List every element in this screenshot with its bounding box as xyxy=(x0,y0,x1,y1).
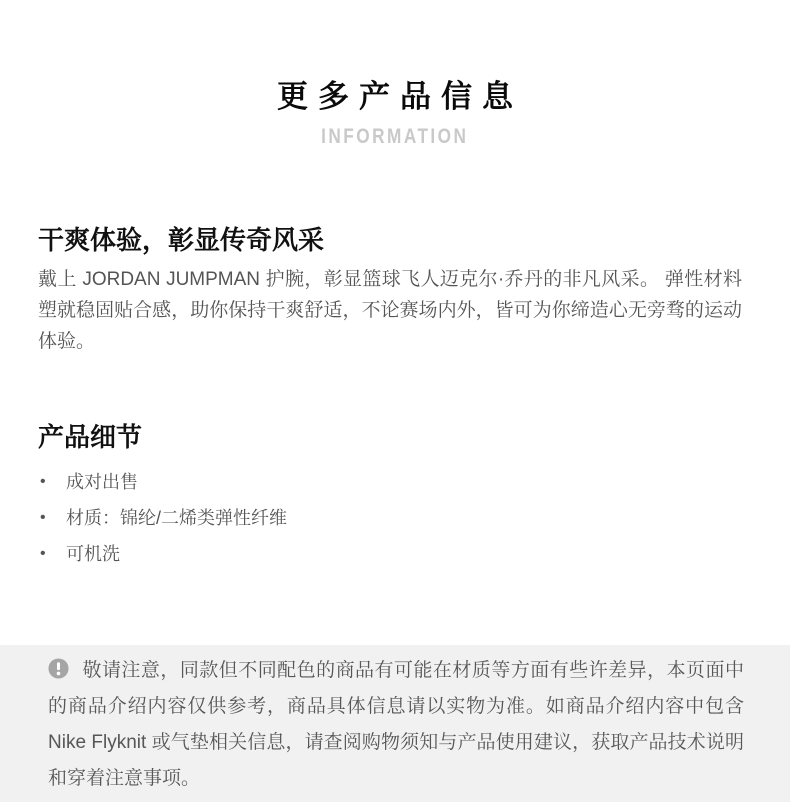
alert-icon xyxy=(48,658,69,679)
page-subtitle: INFORMATION xyxy=(321,126,468,148)
detail-item-material: 材质：锦纶/二烯类弹性纤维 xyxy=(38,505,742,531)
notice-paragraph: 敬请注意，同款但不同配色的商品有可能在材质等方面有些许差异，本页面中的商品介绍内… xyxy=(48,653,744,797)
detail-item-machine-washable: 可机洗 xyxy=(38,541,742,567)
experience-body: 戴上 JORDAN JUMPMAN 护腕，彰显篮球飞人迈克尔·乔丹的非凡风采。 … xyxy=(38,264,742,357)
page-header: 更多产品信息 INFORMATION xyxy=(0,0,790,148)
detail-item-sold-in-pairs: 成对出售 xyxy=(38,469,742,495)
details-list: 成对出售 材质：锦纶/二烯类弹性纤维 可机洗 xyxy=(38,469,742,567)
experience-heading: 干爽体验，彰显传奇风采 xyxy=(38,224,742,256)
notice-banner: 敬请注意，同款但不同配色的商品有可能在材质等方面有些许差异，本页面中的商品介绍内… xyxy=(0,645,790,802)
section-details: 产品细节 成对出售 材质：锦纶/二烯类弹性纤维 可机洗 xyxy=(38,421,742,577)
section-experience: 干爽体验，彰显传奇风采 戴上 JORDAN JUMPMAN 护腕，彰显篮球飞人迈… xyxy=(38,224,742,357)
details-heading: 产品细节 xyxy=(38,421,742,453)
notice-text: 敬请注意，同款但不同配色的商品有可能在材质等方面有些许差异，本页面中的商品介绍内… xyxy=(48,660,744,789)
page-title: 更多产品信息 xyxy=(0,80,790,114)
page-subtitle-wrap: INFORMATION xyxy=(0,126,790,148)
